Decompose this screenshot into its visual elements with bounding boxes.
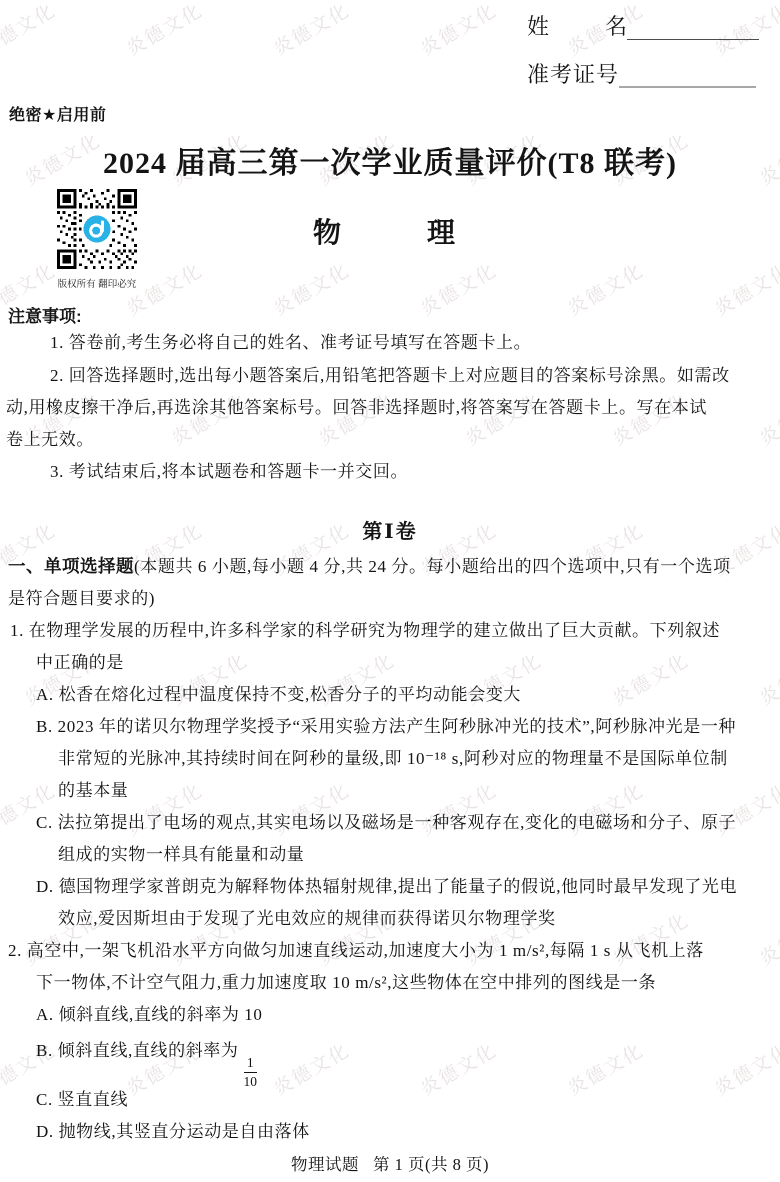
qr-caption: 版权所有 翻印必究	[54, 276, 140, 290]
q2-option-c: C. 竖直直线	[36, 1089, 128, 1110]
subject-title: 物 理	[313, 211, 455, 251]
section-title-line-2: 是符合题目要求的)	[8, 588, 155, 609]
q2-option-d: D. 抛物线,其竖直分运动是自由落体	[36, 1121, 310, 1142]
note-1: 1. 答卷前,考生务必将自己的姓名、准考证号填写在答题卡上。	[50, 332, 531, 353]
exam-number-label: 准考证号	[527, 62, 619, 88]
exam-paper-page: { "page": { "watermark_text": "炎德文化", "f…	[0, 0, 780, 1182]
name-label-char1: 姓	[527, 14, 549, 40]
name-label: 姓 名	[527, 14, 627, 40]
footer-page-number: 第 1 页(共 8 页)	[373, 1155, 489, 1174]
name-blank-line	[627, 12, 759, 40]
section-title-line-1: 一、单项选择题(本题共 6 小题,每小题 4 分,共 24 分。每小题给出的四个…	[8, 556, 731, 577]
exam-title: 2024 届高三第一次学业质量评价(T8 联考)	[0, 138, 780, 182]
q2-option-b-text: B. 倾斜直线,直线的斜率为	[36, 1041, 239, 1060]
name-field-row: 姓 名	[527, 12, 759, 40]
footer-doc-label: 物理试题	[291, 1155, 359, 1174]
section-title-rest: (本题共 6 小题,每小题 4 分,共 24 分。每小题给出的四个选项中,只有一…	[134, 557, 731, 576]
note-2-line-2: 动,用橡皮擦干净后,再选涂其他答案标号。回答非选择题时,将答案写在答题卡上。写在…	[6, 397, 707, 418]
note-3: 3. 考试结束后,将本试题卷和答题卡一并交回。	[50, 461, 408, 482]
fraction-denominator: 10	[244, 1073, 258, 1090]
q2-option-a: A. 倾斜直线,直线的斜率为 10	[36, 1004, 262, 1025]
q2-option-b: B. 倾斜直线,直线的斜率为110	[36, 1040, 257, 1089]
qr-center-logo-icon	[81, 213, 112, 244]
q1-option-c-line-1: C. 法拉第提出了电场的观点,其实电场以及磁场是一种客观存在,变化的电磁场和分子…	[36, 812, 736, 833]
note-2-line-1: 2. 回答选择题时,选出每小题答案后,用铅笔把答题卡上对应题目的答案标号涂黑。如…	[50, 365, 730, 386]
q1-stem-line-2: 中正确的是	[36, 652, 124, 673]
section-title-bold: 一、单项选择题	[8, 556, 134, 576]
page-footer: 物理试题第 1 页(共 8 页)	[0, 1151, 780, 1175]
q1-option-b-line-1: B. 2023 年的诺贝尔物理学奖授予“采用实验方法产生阿秒脉冲光的技术”,阿秒…	[36, 716, 736, 737]
fraction-numerator: 1	[244, 1055, 257, 1073]
exam-number-blank-line	[619, 59, 756, 88]
q1-stem-line-1: 1. 在物理学发展的历程中,许多科学家的科学研究为物理学的建立做出了巨大贡献。下…	[10, 620, 720, 641]
notes-heading: 注意事项:	[8, 302, 82, 327]
q1-option-c-line-2: 组成的实物一样具有能量和动量	[58, 844, 304, 865]
exam-number-field-row: 准考证号	[527, 59, 756, 88]
q2-option-b-fraction: 110	[244, 1055, 258, 1089]
qr-code-icon	[57, 189, 137, 269]
q1-option-b-line-3: 的基本量	[58, 780, 128, 801]
subject-char1: 物	[313, 211, 341, 251]
part-1-heading: 第Ⅰ卷	[0, 515, 780, 544]
content-layer: 姓 名 准考证号 绝密★启用前 2024 届高三第一次学业质量评价(T8 联考)…	[0, 0, 780, 1182]
note-2-line-3: 卷上无效。	[6, 429, 94, 450]
q1-option-a: A. 松香在熔化过程中温度保持不变,松香分子的平均动能会变大	[36, 684, 521, 705]
subject-char2: 理	[427, 211, 455, 251]
q1-option-b-line-2: 非常短的光脉冲,其持续时间在阿秒的量级,即 10⁻¹⁸ s,阿秒对应的物理量不是…	[58, 748, 728, 769]
secrecy-notice: 绝密★启用前	[9, 102, 106, 125]
q2-stem-line-2: 下一物体,不计空气阻力,重力加速度取 10 m/s²,这些物体在空中排列的图线是…	[36, 972, 656, 993]
q2-stem-line-1: 2. 高空中,一架飞机沿水平方向做匀加速直线运动,加速度大小为 1 m/s²,每…	[8, 940, 704, 961]
q1-option-d-line-1: D. 德国物理学家普朗克为解释物体热辐射规律,提出了能量子的假说,他同时最早发现…	[36, 876, 737, 897]
q1-option-d-line-2: 效应,爱因斯坦由于发现了光电效应的规律而获得诺贝尔物理学奖	[58, 908, 556, 929]
name-label-char2: 名	[605, 14, 627, 40]
qr-block: 版权所有 翻印必究	[54, 189, 140, 290]
